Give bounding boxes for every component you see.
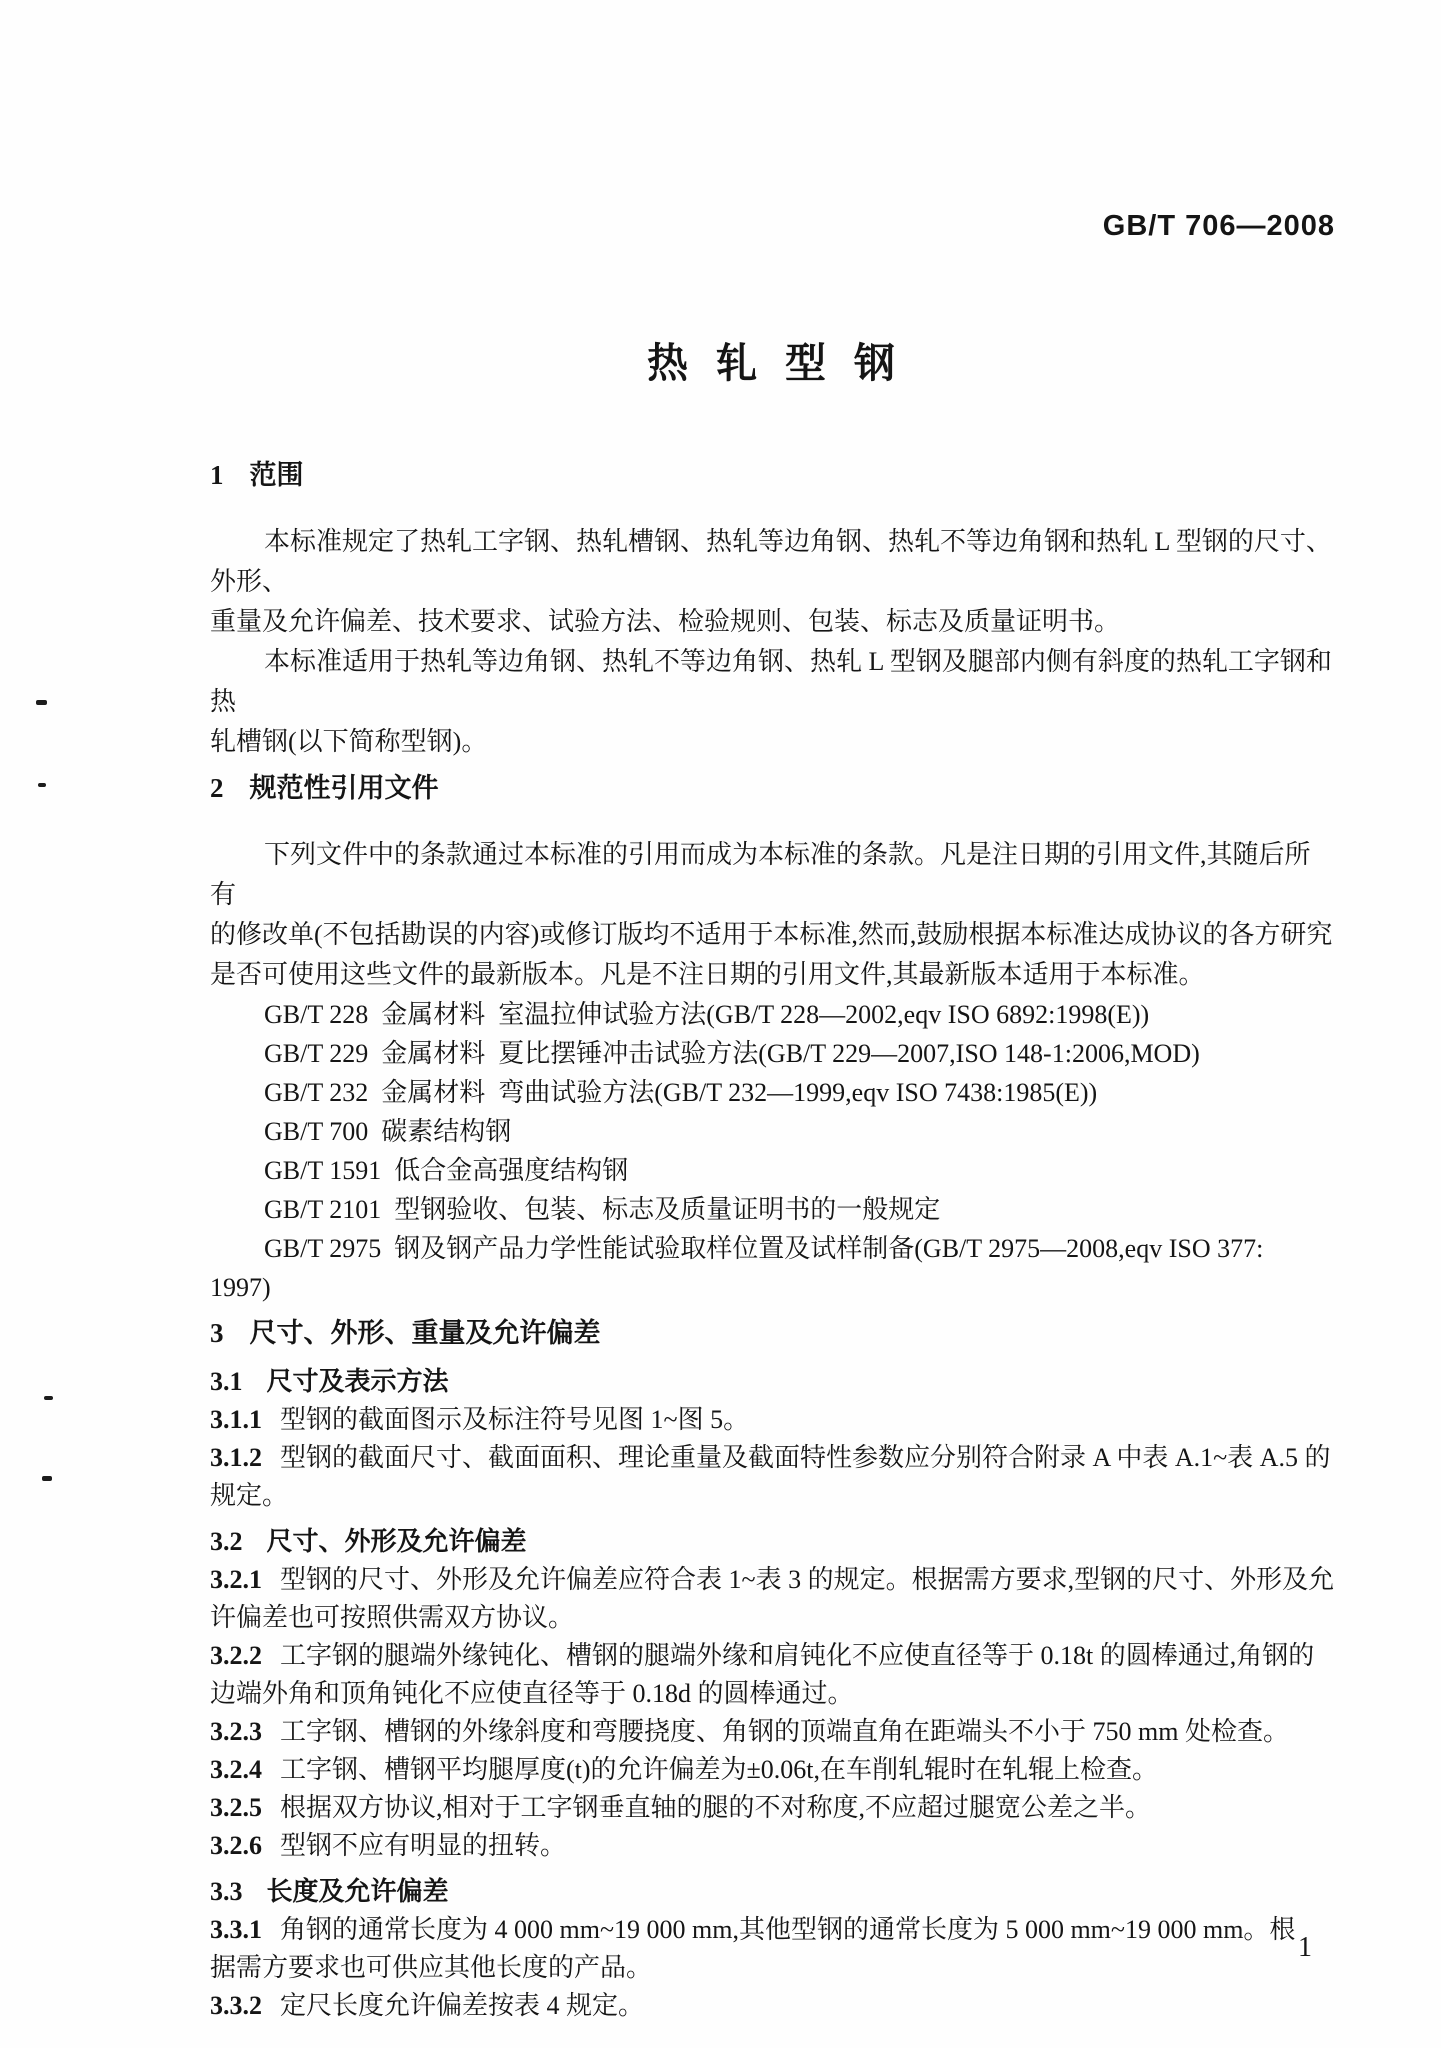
clause-line: 3.3.2定尺长度允许偏差按表 4 规定。: [210, 1987, 1336, 2025]
section-3-body: 3.1尺寸及表示方法 3.1.1型钢的截面图示及标注符号见图 1~图 5。 3.…: [210, 1363, 1336, 2025]
clause-text: 工字钢、槽钢平均腿厚度(t)的允许偏差为±0.06t,在车削轧辊时在轧辊上检查。: [280, 1755, 1158, 1784]
clause-text: 型钢的截面图示及标注符号见图 1~图 5。: [280, 1405, 749, 1434]
clause-number: 3.3: [210, 1877, 243, 1906]
clause-number: 3.1: [210, 1367, 243, 1396]
doc-number: GB/T 706—2008: [1103, 210, 1335, 243]
reference-line: GB/T 1591 低合金高强度结构钢: [210, 1151, 1336, 1190]
scan-speck: [42, 1476, 52, 1481]
clause-number: 3.2.4: [210, 1755, 262, 1784]
reference-line: GB/T 700 碳素结构钢: [210, 1112, 1336, 1151]
clause-number: 3.1.1: [210, 1405, 262, 1434]
paragraph-line: 本标准适用于热轧等边角钢、热轧不等边角钢、热轧 L 型钢及腿部内侧有斜度的热轧工…: [210, 642, 1336, 722]
clause-text: 工字钢、槽钢的外缘斜度和弯腰挠度、角钢的顶端直角在距端头不小于 750 mm 处…: [280, 1717, 1289, 1746]
section-number: 3: [210, 1318, 224, 1348]
clause-line: 3.1.1型钢的截面图示及标注符号见图 1~图 5。: [210, 1401, 1336, 1439]
clause-number: 3.2.2: [210, 1641, 262, 1670]
section-1-heading: 1范围: [210, 455, 1336, 495]
clause-number: 3.2.5: [210, 1793, 262, 1822]
clause-number: 3.1.2: [210, 1443, 262, 1472]
clause-line: 3.2.2工字钢的腿端外缘钝化、槽钢的腿端外缘和肩钝化不应使直径等于 0.18t…: [210, 1637, 1336, 1675]
paragraph-line: 下列文件中的条款通过本标准的引用而成为本标准的条款。凡是注日期的引用文件,其随后…: [210, 835, 1336, 915]
reference-line: GB/T 228 金属材料 室温拉伸试验方法(GB/T 228—2002,eqv…: [210, 995, 1336, 1034]
subsection-heading: 3.2尺寸、外形及允许偏差: [210, 1523, 1336, 1561]
clause-text: 角钢的通常长度为 4 000 mm~19 000 mm,其他型钢的通常长度为 5…: [280, 1915, 1295, 1944]
document-content: 1范围 本标准规定了热轧工字钢、热轧槽钢、热轧等边角钢、热轧不等边角钢和热轧 L…: [210, 455, 1336, 2025]
clause-number: 3.3.2: [210, 1991, 262, 2020]
clause-line: 3.2.4工字钢、槽钢平均腿厚度(t)的允许偏差为±0.06t,在车削轧辊时在轧…: [210, 1751, 1336, 1789]
clause-line: 3.2.1型钢的尺寸、外形及允许偏差应符合表 1~表 3 的规定。根据需方要求,…: [210, 1561, 1336, 1599]
clause-number: 3.2.6: [210, 1831, 262, 1860]
clause-text: 型钢的尺寸、外形及允许偏差应符合表 1~表 3 的规定。根据需方要求,型钢的尺寸…: [280, 1565, 1334, 1594]
scan-speck: [38, 783, 46, 787]
subsection-heading: 3.1尺寸及表示方法: [210, 1363, 1336, 1401]
reference-line: GB/T 2975 钢及钢产品力学性能试验取样位置及试样制备(GB/T 2975…: [210, 1229, 1336, 1268]
clause-text: 根据双方协议,相对于工字钢垂直轴的腿的不对称度,不应超过腿宽公差之半。: [280, 1793, 1151, 1822]
paragraph-line: 的修改单(不包括勘误的内容)或修订版均不适用于本标准,然而,鼓励根据本标准达成协…: [210, 915, 1336, 955]
clause-number: 3.3.1: [210, 1915, 262, 1944]
clause-number: 3.2: [210, 1527, 243, 1556]
paragraph-line: 轧槽钢(以下简称型钢)。: [210, 722, 1336, 762]
section-heading-text: 范围: [250, 460, 304, 490]
reference-line: GB/T 232 金属材料 弯曲试验方法(GB/T 232—1999,eqv I…: [210, 1073, 1336, 1112]
document-page: GB/T 706—2008 热轧型钢 1范围 本标准规定了热轧工字钢、热轧槽钢、…: [0, 0, 1441, 2048]
page-number: 1: [1298, 1928, 1312, 1968]
clause-number: 3.2.1: [210, 1565, 262, 1594]
clause-continuation-line: 许偏差也可按照供需双方协议。: [210, 1599, 1336, 1637]
scan-speck: [36, 700, 47, 705]
clause-continuation-line: 边端外角和顶角钝化不应使直径等于 0.18d 的圆棒通过。: [210, 1675, 1336, 1713]
clause-text: 型钢的截面尺寸、截面面积、理论重量及截面特性参数应分别符合附录 A 中表 A.1…: [280, 1443, 1330, 1472]
reference-line: GB/T 2101 型钢验收、包装、标志及质量证明书的一般规定: [210, 1190, 1336, 1229]
clause-continuation-line: 据需方要求也可供应其他长度的产品。: [210, 1949, 1336, 1987]
clause-line: 3.3.1角钢的通常长度为 4 000 mm~19 000 mm,其他型钢的通常…: [210, 1911, 1336, 1949]
reference-wrap-line: 1997): [210, 1268, 1336, 1308]
section-number: 1: [210, 460, 224, 490]
clause-line: 3.2.3工字钢、槽钢的外缘斜度和弯腰挠度、角钢的顶端直角在距端头不小于 750…: [210, 1713, 1336, 1751]
clause-text: 尺寸、外形及允许偏差: [267, 1527, 527, 1556]
section-3-heading: 3尺寸、外形、重量及允许偏差: [210, 1313, 1336, 1353]
clause-line: 3.1.2型钢的截面尺寸、截面面积、理论重量及截面特性参数应分别符合附录 A 中…: [210, 1439, 1336, 1477]
clause-text: 定尺长度允许偏差按表 4 规定。: [280, 1991, 644, 2020]
clause-text: 工字钢的腿端外缘钝化、槽钢的腿端外缘和肩钝化不应使直径等于 0.18t 的圆棒通…: [280, 1641, 1314, 1670]
paragraph-line: 本标准规定了热轧工字钢、热轧槽钢、热轧等边角钢、热轧不等边角钢和热轧 L 型钢的…: [210, 522, 1336, 602]
section-2-heading: 2规范性引用文件: [210, 768, 1336, 808]
doc-title: 热轧型钢: [210, 330, 1332, 389]
subsection-heading: 3.3长度及允许偏差: [210, 1873, 1336, 1911]
clause-line: 3.2.6型钢不应有明显的扭转。: [210, 1827, 1336, 1865]
clause-line: 3.2.5根据双方协议,相对于工字钢垂直轴的腿的不对称度,不应超过腿宽公差之半。: [210, 1789, 1336, 1827]
reference-line: GB/T 229 金属材料 夏比摆锤冲击试验方法(GB/T 229—2007,I…: [210, 1034, 1336, 1073]
section-heading-text: 尺寸、外形、重量及允许偏差: [250, 1318, 601, 1348]
section-number: 2: [210, 773, 224, 803]
section-heading-text: 规范性引用文件: [250, 773, 439, 803]
clause-text: 长度及允许偏差: [267, 1877, 449, 1906]
paragraph-line: 重量及允许偏差、技术要求、试验方法、检验规则、包装、标志及质量证明书。: [210, 602, 1336, 642]
scan-speck: [44, 1396, 53, 1400]
clause-text: 型钢不应有明显的扭转。: [280, 1831, 566, 1860]
clause-text: 尺寸及表示方法: [267, 1367, 449, 1396]
clause-continuation-line: 规定。: [210, 1477, 1336, 1515]
paragraph-line: 是否可使用这些文件的最新版本。凡是不注日期的引用文件,其最新版本适用于本标准。: [210, 955, 1336, 995]
clause-number: 3.2.3: [210, 1717, 262, 1746]
